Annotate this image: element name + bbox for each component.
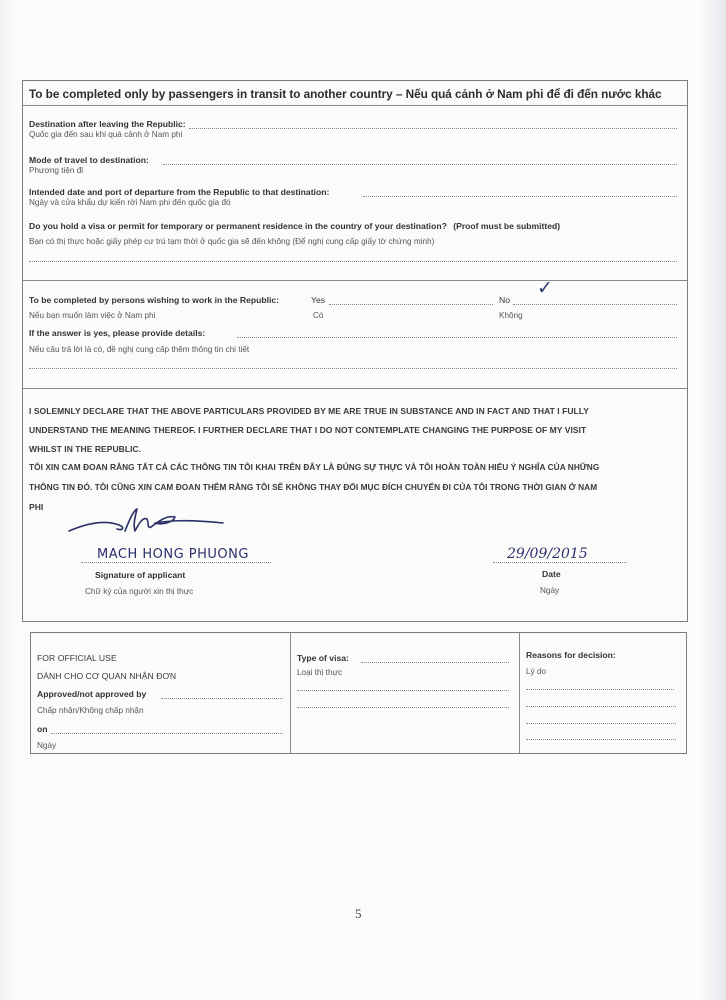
- destination-label-vi: Quốc gia đến sau khi quá cảnh ở Nam phi: [29, 130, 182, 139]
- approved-by-field[interactable]: [161, 698, 283, 699]
- no-option-label: No: [499, 295, 510, 305]
- visa-proof-note: (Proof must be submitted): [453, 221, 560, 231]
- approved-by-label-vi: Chấp nhận/Không chấp nhận: [37, 706, 144, 715]
- declaration-en-line-1: I SOLEMNLY DECLARE THAT THE ABOVE PARTIC…: [29, 406, 589, 416]
- visa-type-label-vi: Loại thị thực: [297, 668, 342, 677]
- work-declaration-divider: [23, 388, 687, 389]
- declaration-vi-line-1: TÔI XIN CAM ĐOAN RẰNG TẤT CẢ CÁC THÔNG T…: [29, 462, 599, 472]
- visa-type-extra-field-2[interactable]: [297, 707, 509, 708]
- work-details-label: If the answer is yes, please provide det…: [29, 328, 205, 338]
- mode-of-travel-field[interactable]: [163, 164, 677, 165]
- visa-answer-field[interactable]: [29, 261, 677, 262]
- date-field[interactable]: [493, 562, 627, 563]
- yes-option-field[interactable]: [329, 304, 493, 305]
- yes-option-label: Yes: [311, 295, 325, 305]
- mode-of-travel-label-vi: Phương tiện đi: [29, 166, 83, 175]
- departure-date-port-label-vi: Ngày và cửa khẩu dự kiến rời Nam phi đến…: [29, 198, 231, 207]
- signature-label: Signature of applicant: [95, 570, 185, 580]
- heading-divider: [23, 105, 687, 106]
- official-column-divider-1: [290, 633, 291, 753]
- reasons-field-4[interactable]: [526, 739, 676, 740]
- visa-question-text: Do you hold a visa or permit for tempora…: [29, 221, 447, 231]
- reasons-label: Reasons for decision:: [526, 650, 616, 660]
- work-question-label: To be completed by persons wishing to wo…: [29, 295, 279, 305]
- declaration-en-line-3: WHILST IN THE REPUBLIC.: [29, 444, 141, 454]
- visa-type-label: Type of visa:: [297, 653, 349, 663]
- reasons-label-vi: Lý do: [526, 667, 546, 676]
- transit-work-divider: [23, 280, 687, 281]
- approved-on-field[interactable]: [51, 733, 283, 734]
- destination-field[interactable]: [189, 128, 677, 129]
- reasons-field-2[interactable]: [526, 706, 676, 707]
- applicant-name-field[interactable]: [81, 562, 271, 563]
- mode-of-travel-label: Mode of travel to destination:: [29, 155, 149, 165]
- approved-on-label: on: [37, 724, 48, 734]
- visa-question-label: Do you hold a visa or permit for tempora…: [29, 221, 560, 231]
- no-option-label-vi: Không: [499, 311, 523, 320]
- applicant-signature-icon: [63, 501, 263, 541]
- official-use-title: FOR OFFICIAL USE: [37, 653, 117, 663]
- no-option-field[interactable]: [513, 304, 677, 305]
- transit-and-declaration-form: To be completed only by passengers in tr…: [22, 80, 688, 622]
- reasons-field-3[interactable]: [526, 723, 676, 724]
- applicant-name: MACH HONG PHUONG: [97, 547, 249, 562]
- approved-on-label-vi: Ngày: [37, 741, 56, 750]
- date-label: Date: [542, 569, 561, 579]
- departure-date-port-field[interactable]: [363, 196, 677, 197]
- destination-label: Destination after leaving the Republic:: [29, 119, 186, 129]
- reasons-field-1[interactable]: [526, 689, 674, 690]
- official-column-divider-2: [519, 633, 520, 753]
- date-value: 29/09/2015: [507, 546, 588, 562]
- work-details-field[interactable]: [237, 337, 677, 338]
- official-use-box: FOR OFFICIAL USE DÀNH CHO CƠ QUAN NHẬN Đ…: [30, 632, 687, 754]
- signature-label-vi: Chữ ký của người xin thị thực: [85, 587, 193, 596]
- visa-type-extra-field-1[interactable]: [297, 690, 509, 691]
- declaration-vi-line-2: THÔNG TIN ĐÓ. TÔI CŨNG XIN CAM ĐOAN THÊM…: [29, 482, 597, 492]
- transit-section-heading: To be completed only by passengers in tr…: [29, 87, 662, 101]
- page-number: 5: [355, 906, 362, 922]
- yes-option-label-vi: Có: [313, 311, 323, 320]
- work-details-extra-field[interactable]: [29, 368, 677, 369]
- official-use-title-vi: DÀNH CHO CƠ QUAN NHẬN ĐƠN: [37, 671, 176, 681]
- departure-date-port-label: Intended date and port of departure from…: [29, 187, 329, 197]
- work-details-label-vi: Nếu câu trả lời là có, đề nghị cung cấp …: [29, 345, 249, 354]
- visa-type-field[interactable]: [361, 662, 509, 663]
- work-question-label-vi: Nếu bạn muốn làm việc ở Nam phi: [29, 311, 155, 320]
- date-label-vi: Ngày: [540, 586, 559, 595]
- declaration-vi-line-3: PHI: [29, 502, 43, 512]
- no-check-mark-icon: ✓: [537, 277, 553, 299]
- approved-by-label: Approved/not approved by: [37, 689, 146, 699]
- visa-question-label-vi: Bạn có thị thực hoặc giấy phép cư trú tạ…: [29, 237, 434, 246]
- declaration-en-line-2: UNDERSTAND THE MEANING THEREOF. I FURTHE…: [29, 425, 586, 435]
